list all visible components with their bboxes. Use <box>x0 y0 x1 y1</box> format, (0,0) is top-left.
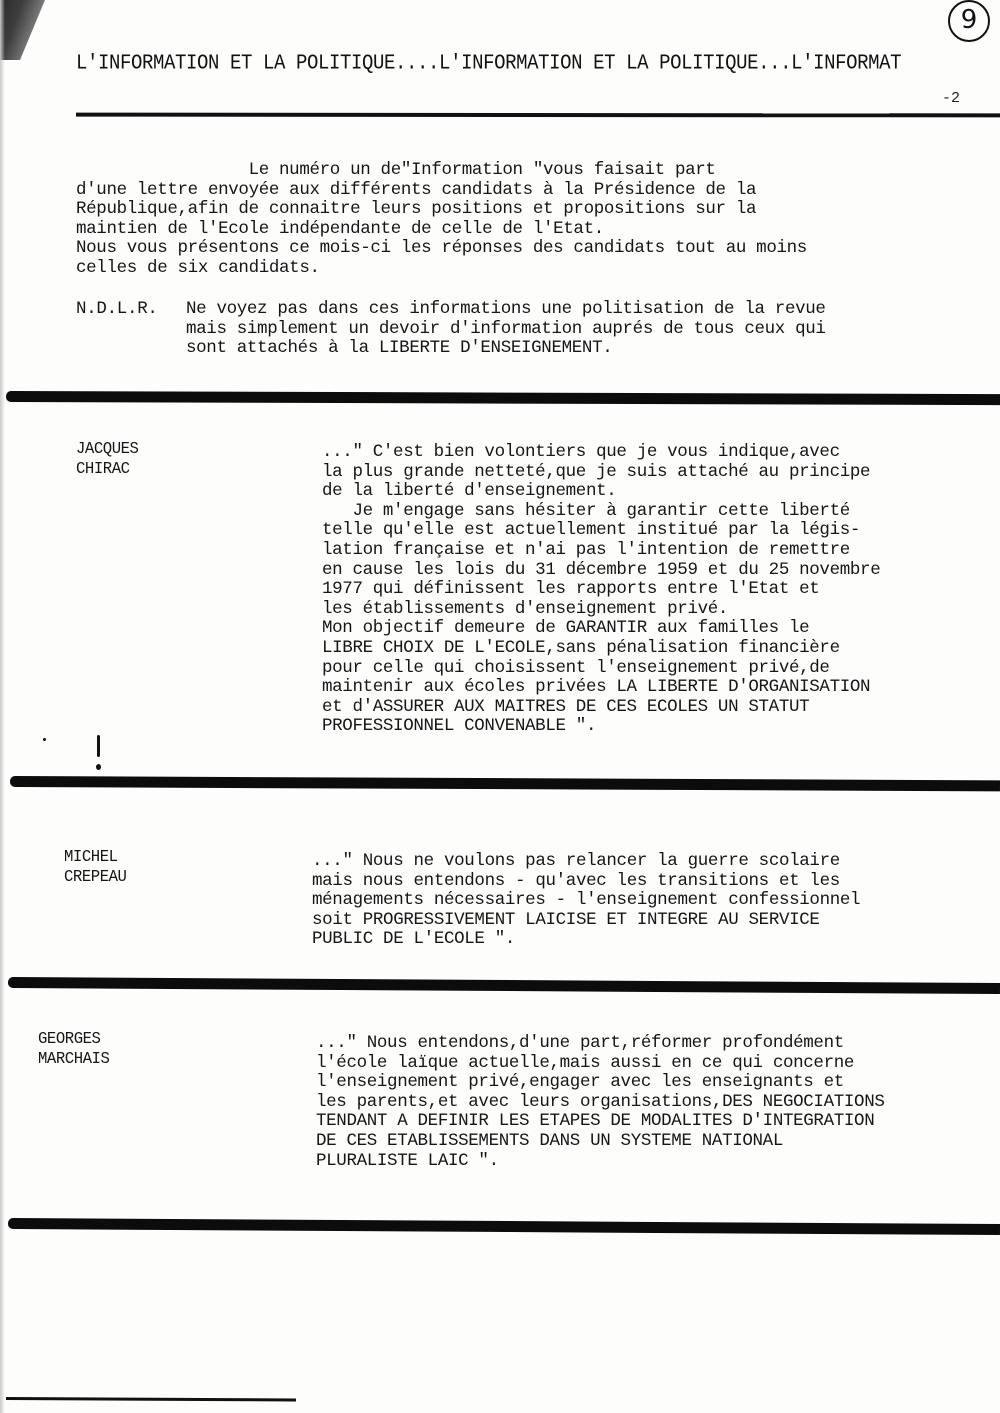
section-divider <box>10 776 1000 791</box>
scan-shadow <box>0 0 70 60</box>
page-ref: -2 <box>942 90 960 107</box>
margin-mark <box>97 735 100 757</box>
candidate-name: JACQUES CHIRAC <box>76 440 138 480</box>
section-divider <box>8 1218 1000 1235</box>
candidate-statement: ..." Nous ne voulons pas relancer la gue… <box>312 852 860 950</box>
intro-paragraph: Le numéro un de"Information "vous faisai… <box>76 161 807 279</box>
footer-rule <box>6 1397 296 1402</box>
candidate-statement: ..." C'est bien volontiers que je vous i… <box>322 443 880 737</box>
section-divider <box>6 391 1000 405</box>
page-number-circle: 9 <box>948 0 990 42</box>
margin-mark <box>43 738 46 741</box>
header-rule <box>76 113 1000 118</box>
scanned-page: 9 L'INFORMATION ET LA POLITIQUE....L'INF… <box>0 0 1000 1413</box>
margin-mark <box>96 764 101 770</box>
scan-edge <box>0 0 5 1413</box>
ndlr-label: N.D.L.R. <box>76 300 158 320</box>
ndlr-text: Ne voyez pas dans ces informations une p… <box>186 300 826 359</box>
candidate-statement: ..." Nous entendons,d'une part,réformer … <box>316 1034 885 1171</box>
candidate-name: MICHEL CREPEAU <box>64 848 126 888</box>
candidate-name: GEORGES MARCHAIS <box>38 1030 109 1070</box>
header-banner: L'INFORMATION ET LA POLITIQUE....L'INFOR… <box>76 51 1000 75</box>
section-divider <box>8 977 1000 994</box>
